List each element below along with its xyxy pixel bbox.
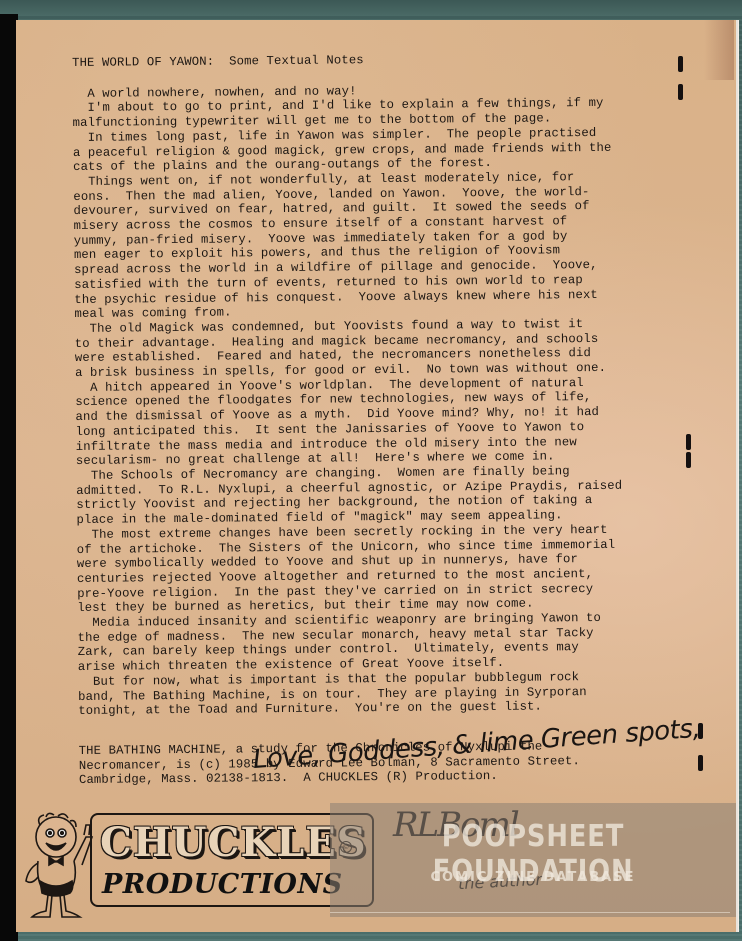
watermark-rule [330, 912, 730, 913]
document-body: A world nowhere, nowhen, and no way! I'm… [72, 81, 718, 719]
typewritten-text: THE WORLD OF YAWON: Some Textual Notes A… [72, 50, 719, 788]
logo-productions: PRODUCTIONS [102, 869, 343, 900]
watermark-subtitle: COMIC ZINE DATABASE [330, 870, 736, 885]
chuckles-productions-logo: CHUCKLES © PRODUCTIONS [16, 805, 361, 920]
watermark-banner: POOPSHEET FOUNDATION COMIC ZINE DATABASE [330, 803, 736, 917]
logo-chuckles: CHUCKLES [100, 819, 367, 866]
background-top [0, 0, 742, 16]
